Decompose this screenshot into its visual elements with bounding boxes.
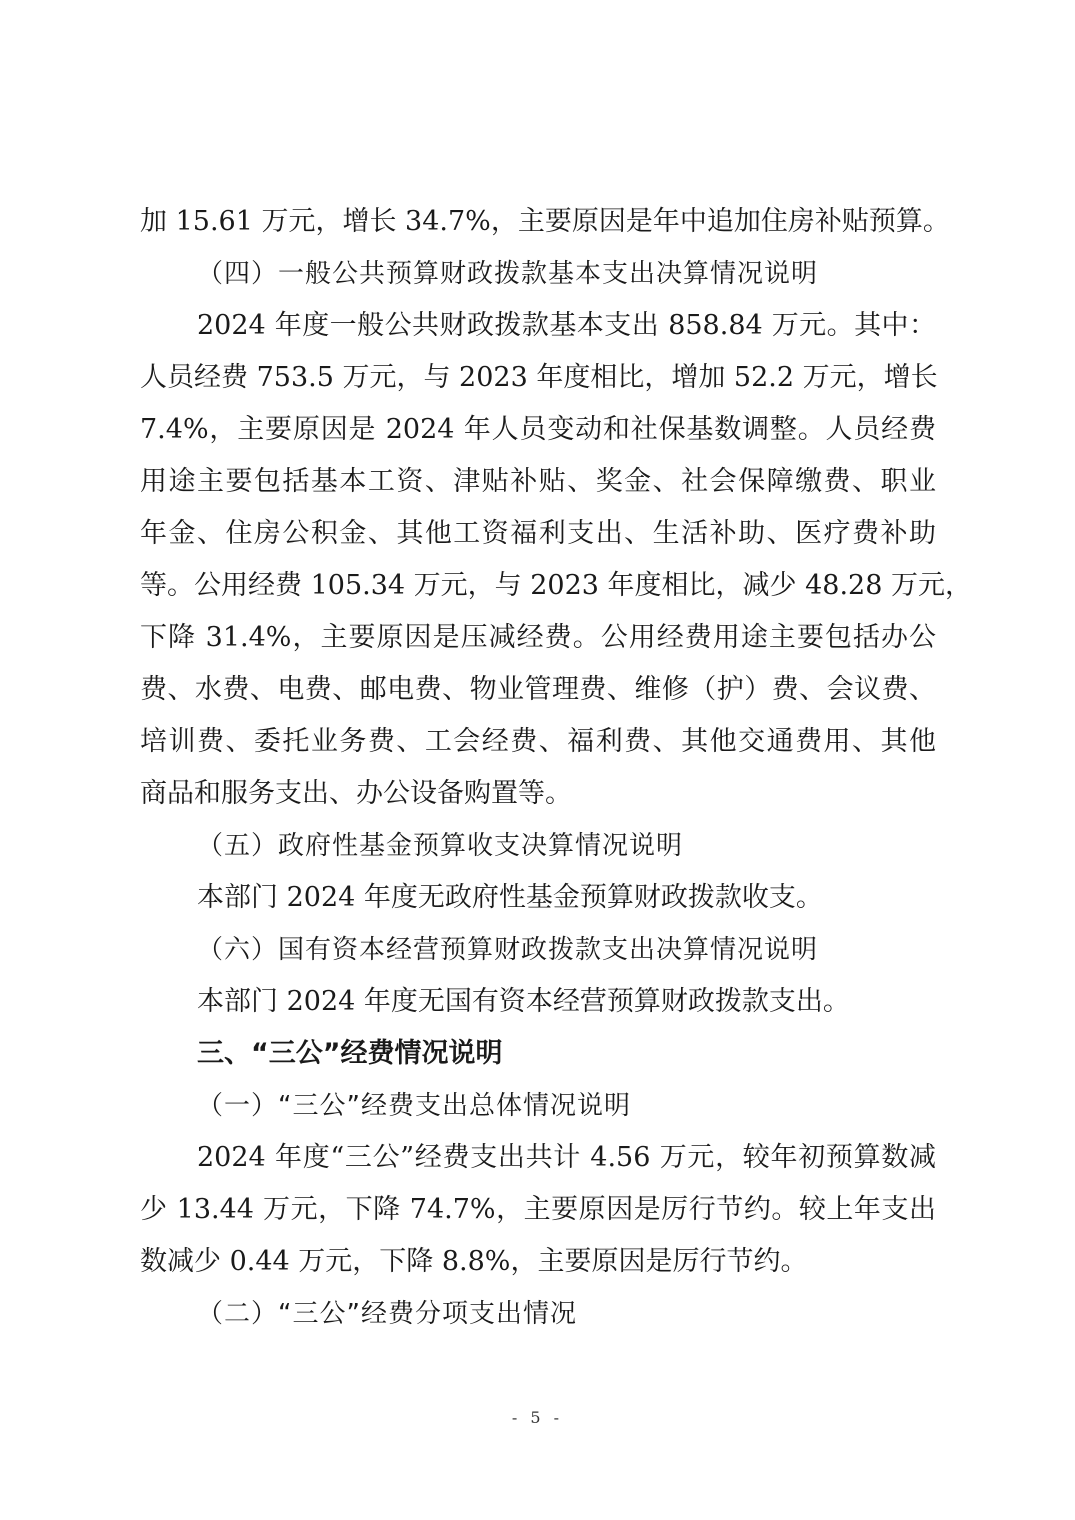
paragraph-line: 本部门 2024 年度无国有资本经营预算财政拨款支出。 xyxy=(140,976,936,1028)
section-heading-basic-expenditure: （四）一般公共预算财政拨款基本支出决算情况说明 xyxy=(140,248,936,300)
paragraph-line-housing-subsidy: 加 15.61 万元，增长 34.7%，主要原因是年中追加住房补贴预算。 xyxy=(140,196,936,248)
paragraph-line: 数减少 0.44 万元，下降 8.8%，主要原因是厉行节约。 xyxy=(140,1236,936,1288)
paragraph-line: 下降 31.4%，主要原因是压减经费。公用经费用途主要包括办公 xyxy=(140,612,936,664)
paragraph-line: 年金、住房公积金、其他工资福利支出、生活补助、医疗费补助 xyxy=(140,508,936,560)
section-heading-three-public-items: （二）“三公”经费分项支出情况 xyxy=(140,1288,936,1340)
paragraph-line: 费、水费、电费、邮电费、物业管理费、维修（护）费、会议费、 xyxy=(140,664,936,716)
section-heading-government-fund: （五）政府性基金预算收支决算情况说明 xyxy=(140,820,936,872)
paragraph-line: 培训费、委托业务费、工会经费、福利费、其他交通费用、其他 xyxy=(140,716,936,768)
paragraph-line: 2024 年度“三公”经费支出共计 4.56 万元，较年初预算数减 xyxy=(140,1132,936,1184)
paragraph-line: 本部门 2024 年度无政府性基金预算财政拨款收支。 xyxy=(140,872,936,924)
paragraph-line: 少 13.44 万元，下降 74.7%，主要原因是厉行节约。较上年支出 xyxy=(140,1184,936,1236)
section-heading-three-public-overall: （一）“三公”经费支出总体情况说明 xyxy=(140,1080,936,1132)
paragraph-line: 商品和服务支出、办公设备购置等。 xyxy=(140,768,936,820)
paragraph-line: 用途主要包括基本工资、津贴补贴、奖金、社会保障缴费、职业 xyxy=(140,456,936,508)
page-number: - 5 - xyxy=(0,1408,1075,1427)
paragraph-line: 人员经费 753.5 万元，与 2023 年度相比，增加 52.2 万元，增长 xyxy=(140,352,936,404)
section-heading-state-capital: （六）国有资本经营预算财政拨款支出决算情况说明 xyxy=(140,924,936,976)
paragraph-line: 等。公用经费 105.34 万元，与 2023 年度相比，减少 48.28 万元… xyxy=(140,560,936,612)
paragraph-line: 2024 年度一般公共财政拨款基本支出 858.84 万元。其中： xyxy=(140,300,936,352)
section-heading-three-public: 三、“三公”经费情况说明 xyxy=(140,1028,936,1080)
paragraph-line: 7.4%，主要原因是 2024 年人员变动和社保基数调整。人员经费 xyxy=(140,404,936,456)
document-page: 加 15.61 万元，增长 34.7%，主要原因是年中追加住房补贴预算。 （四）… xyxy=(140,196,936,1340)
